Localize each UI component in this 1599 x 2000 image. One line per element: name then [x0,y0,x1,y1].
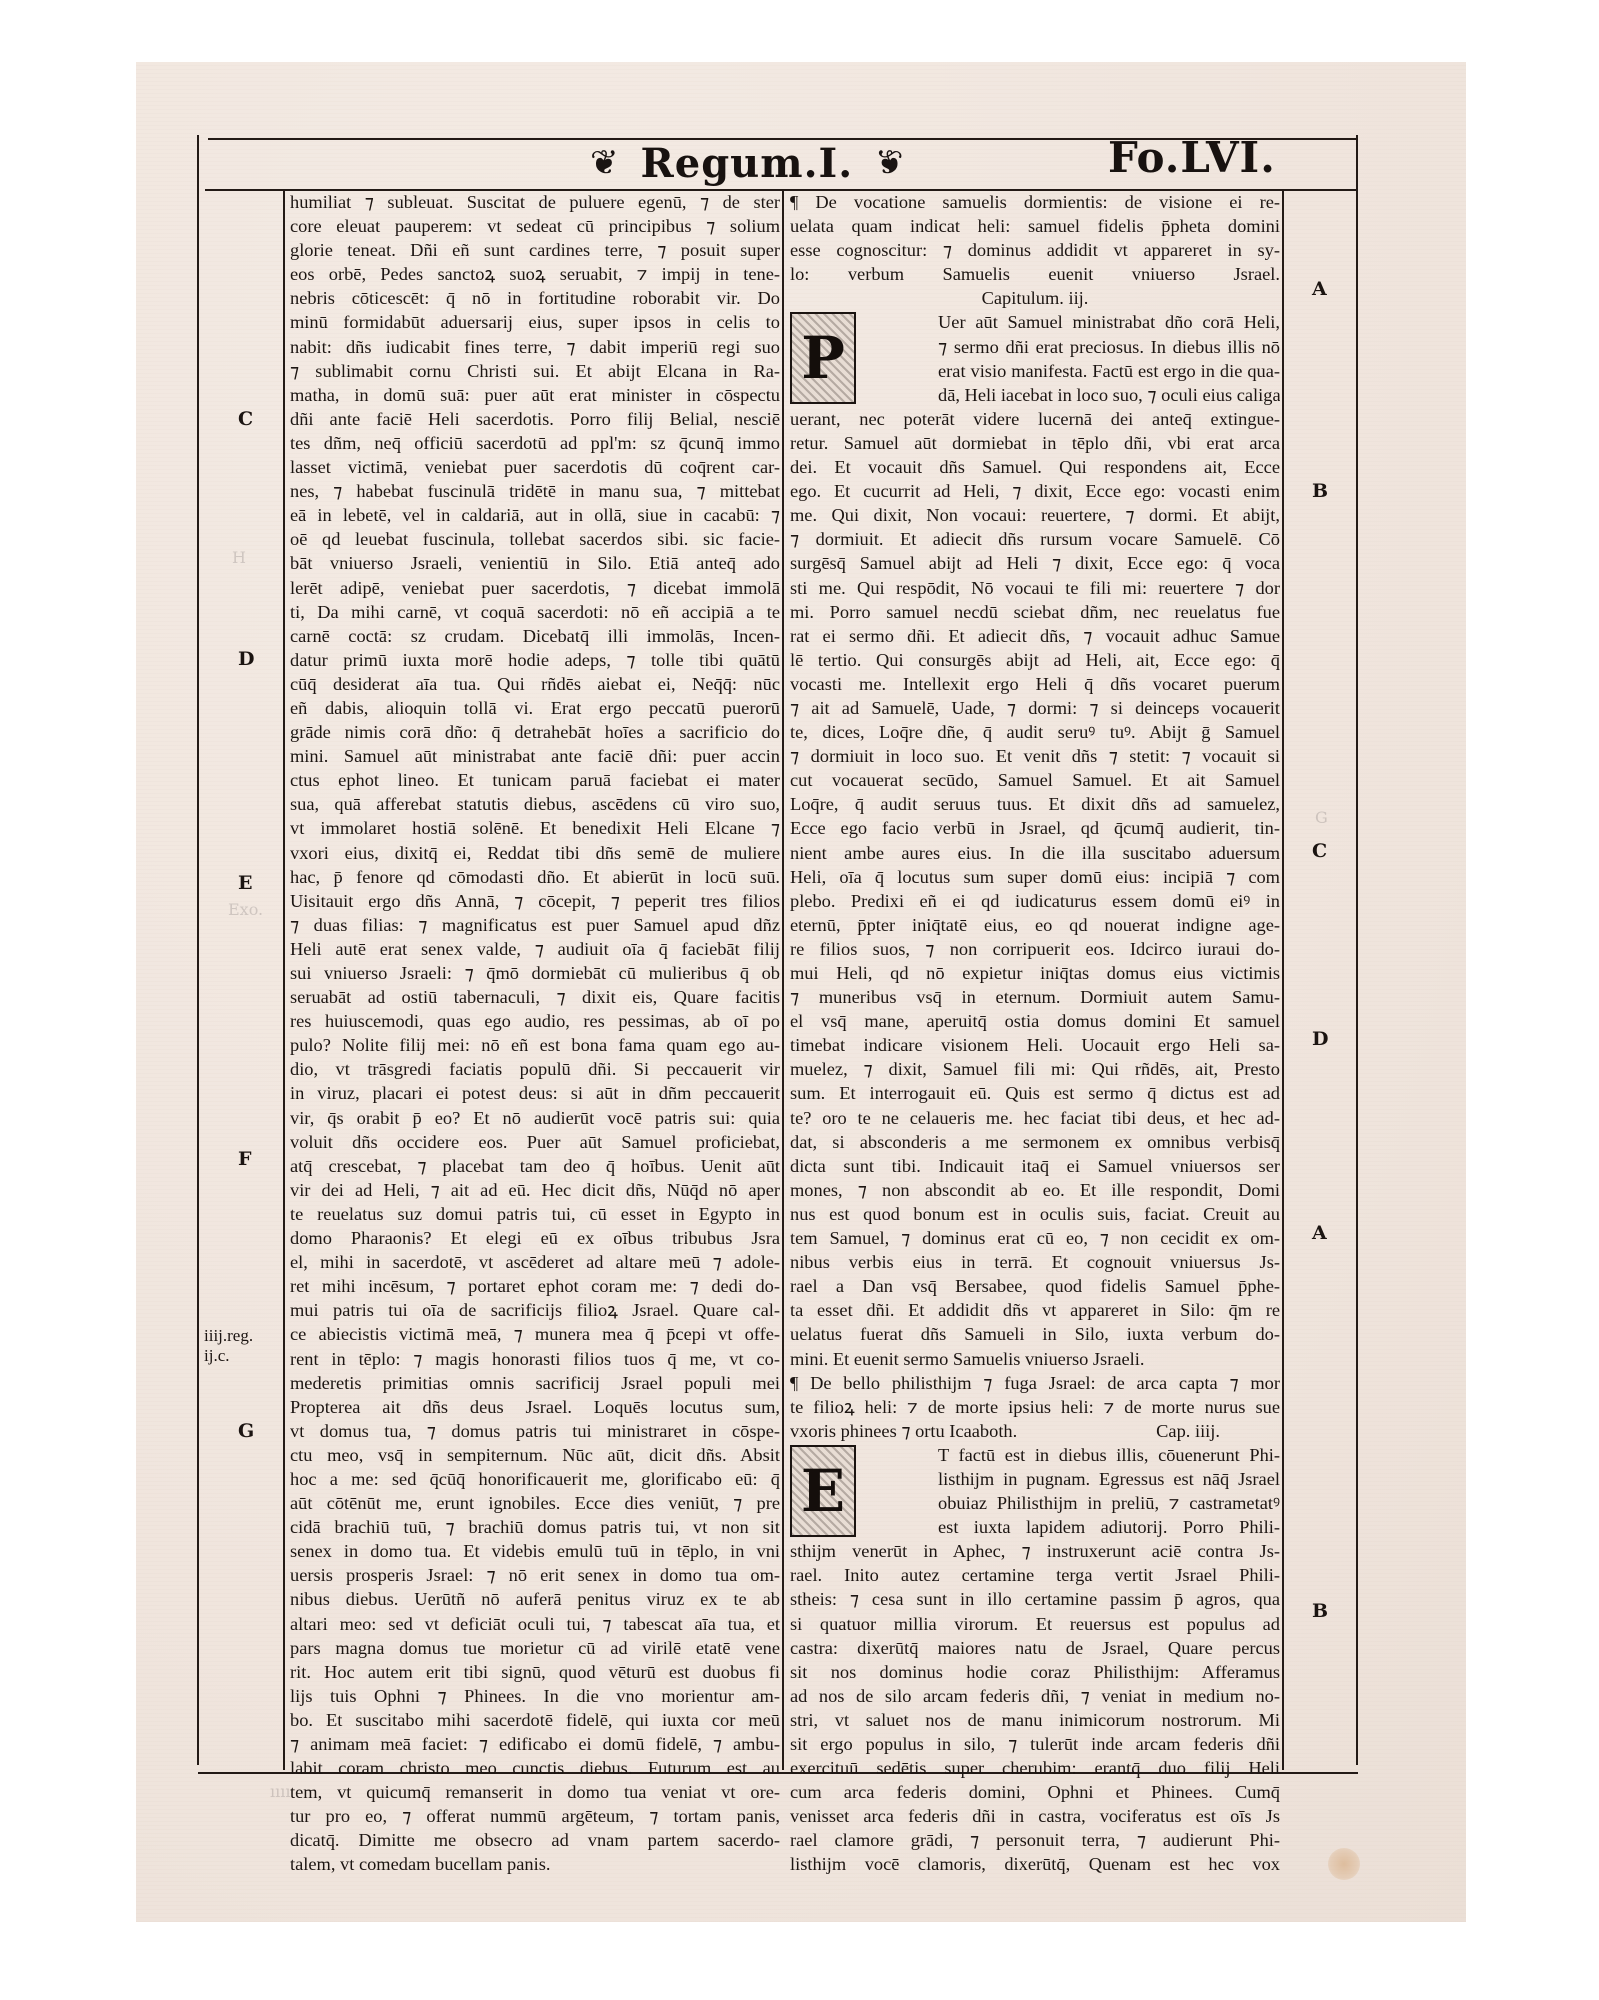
text-line: eos orbē, Pedes sanctoꝝ suoꝝ seruabit, ⁊… [290,262,780,286]
rubric-text: vxoris phinees ⁊ ortu Icaaboth. [790,1421,1017,1441]
margin-section-letter: F [238,1148,252,1170]
text-line: stri, vt saluet nos de manu inimicorum n… [790,1708,1280,1732]
text-line: sua, quā afferebat statutis diebus, ascē… [290,792,780,816]
text-line: humiliat ⁊ subleuat. Suscitat de puluere… [290,190,780,214]
text-line: el vsq̄ mane, aperuitq̄ ostia domus domi… [790,1009,1280,1033]
text-line: atq̄ crescebat, ⁊ placebat tam deo q̄ ho… [290,1154,780,1178]
text-line: venisset arca federis dñi in castra, voc… [790,1804,1280,1828]
text-line: muelez, ⁊ dixit, Samuel fili mi: Qui rñd… [790,1057,1280,1081]
text-line: rit. Hoc autem erit tibi signū, quod vēt… [290,1660,780,1684]
text-column-left: humiliat ⁊ subleuat. Suscitat de puluere… [290,190,780,1877]
text-line: Uisitauit ergo dñs Annā, ⁊ cōcepit, ⁊ pe… [290,889,780,913]
text-line: rael a Dan vsq̄ Bersabee, quod fidelis S… [790,1274,1280,1298]
column-rule-right [1282,190,1284,1770]
text-line: est iuxta lapidem adiutorij. Porro Phili… [864,1515,1280,1539]
frame-rule-left [197,135,199,1765]
text-line: ctus ephot lineo. Et tunicam paruā facie… [290,768,780,792]
margin-section-letter: D [1312,1028,1328,1050]
chapter-heading: Capitulum. iij. [790,286,1280,310]
text-line: labit coram christo meo cunctis diebus. … [290,1756,780,1780]
text-line: lo: verbum Samuelis euenit vniuerso Jsra… [790,262,1280,286]
text-line: sui vniuerso Jsraeli: ⁊ q̄mō dormiebāt c… [290,961,780,985]
text-line: core eleuat pauperem: vt sedeat cū princ… [290,214,780,238]
text-line: eternū, p̄pter iniq̄tatē eius, eo qd nou… [790,913,1280,937]
text-line: carnē coctā: sz crudam. Dicebatq̄ illi i… [290,624,780,648]
margin-section-letter: B [1312,480,1328,502]
text-line: re filios suos, ⁊ non corripuerit eos. I… [790,937,1280,961]
chapter-summary-rubric: ¶ De bello philisthijm ⁊ fuga Jsrael: de… [790,1371,1280,1443]
text-line: mones, ⁊ non abscondit ab eo. Et ille re… [790,1178,1280,1202]
text-column-right: ¶ De vocatione samuelis dormientis: de v… [790,190,1280,1877]
text-line: sit ergo populus in silo, ⁊ tulerūt inde… [790,1732,1280,1756]
chapter-body: sthijm venerūt in Aphec, ⁊ instruxerunt … [790,1539,1280,1876]
text-line: res huiuscemodi, quas ego audio, res pes… [290,1009,780,1033]
margin-section-letter: C [238,408,253,430]
text-line: dā, Heli iacebat in loco suo, ⁊ oculi ei… [864,383,1280,407]
text-line: sthijm venerūt in Aphec, ⁊ instruxerunt … [790,1539,1280,1563]
chapter-body: uerant, nec poterāt videre lucernā dei a… [790,407,1280,1371]
text-line: ¶ De vocatione samuelis dormientis: de v… [790,190,1280,214]
text-line: lasset victimā, veniebat puer sacerdotis… [290,455,780,479]
text-line: rent in tēplo: ⁊ magis honorasti filios … [290,1347,780,1371]
text-line: ti, Da mihi carnē, vt coquā sacerdoti: n… [290,600,780,624]
text-line: glorie teneat. Dñi eñ sunt cardines terr… [290,238,780,262]
margin-section-letter: A [1312,278,1327,300]
initial-paragraph: E T factū est in diebus illis, cōuenerun… [790,1443,1280,1539]
text-line: ⁊ ait ad Samuelē, Uade, ⁊ dormi: ⁊ si de… [790,696,1280,720]
text-line: nus est quod bonum est in oculis suis, f… [790,1202,1280,1226]
text-line: aūt cōtēnūt me, erunt ignobiles. Ecce di… [290,1491,780,1515]
text-line: vir, q̄s orabit p̄ eo? Et nō audierūt vo… [290,1106,780,1130]
text-line: vt domus tua, ⁊ domus patris tui ministr… [290,1419,780,1443]
text-line: ta esset dñi. Et addidit dñs vt apparere… [790,1298,1280,1322]
text-line: vocasti me. Intellexit ergo Heli q̄ dñs … [790,672,1280,696]
text-line: plebo. Predixi eñ ei qd iudicaturus esse… [790,889,1280,913]
text-line: minū formidabūt aduersarij eius, super i… [290,310,780,334]
text-line: grāde nimis corā dño: q̄ detrahebāt hoīe… [290,720,780,744]
margin-section-letter: C [1312,840,1327,862]
text-line: ce abiecistis victimā meā, ⁊ munera mea … [290,1322,780,1346]
text-line: rael. Inito autez certamine terga vertit… [790,1563,1280,1587]
chapter-summary-rubric: ¶ De vocatione samuelis dormientis: de v… [790,190,1280,286]
text-line: nebris cōticescēt: q̄ nō in fortitudine … [290,286,780,310]
text-line: ctu meo, vsq̄ in sempiternum. Nūc aūt, d… [290,1443,780,1467]
text-line: cut vocauerat secūdo, Samuel Samuel. Et … [790,768,1280,792]
text-line: tes dñm, neq̄ officiū sacerdotū ad ppl'm… [290,431,780,455]
folio-number: Fo.LVI. [1108,133,1276,182]
text-line: pulo? Nolite filij mei: nō eñ est bona f… [290,1033,780,1057]
text-line: vxoris phinees ⁊ ortu Icaaboth.Cap. iiij… [790,1419,1280,1443]
text-line: retur. Samuel aūt dormiebat in tēplo dñi… [790,431,1280,455]
running-head: ❦ Regum.I. ❦ [590,135,904,191]
text-line: ⁊ dormiuit in loco suo. Et venit dñs ⁊ s… [790,744,1280,768]
text-line: ⁊ sublimabit cornu Christi sui. Et abijt… [290,359,780,383]
text-line: dñi ante faciē Heli sacerdotis. Porro fi… [290,407,780,431]
text-line: dio, vt trāsgredi faciatis populū dñi. S… [290,1057,780,1081]
text-line: te reuelatus suz domui patris tui, cū es… [290,1202,780,1226]
text-line: domo Pharaonis? Et elegi eū ex oībus tri… [290,1226,780,1250]
text-line: vxori eius, dixitq̄ ei, Reddat tibi dñs … [290,841,780,865]
text-line: uersis prosperis Jsrael: ⁊ nō erit senex… [290,1563,780,1587]
text-line: Heli, oīa q̄ locutus sum super domū eius… [790,865,1280,889]
text-line: cūq̄ desiderat aīa tua. Qui rñdēs aiebat… [290,672,780,696]
fleuron-right-icon: ❦ [875,146,904,180]
text-line: nient ambe aures eius. In die illa susci… [790,841,1280,865]
woodcut-initial-icon: E [790,1445,856,1537]
text-line: ⁊ animam meā faciet: ⁊ edificabo ei domū… [290,1732,780,1756]
text-line: nes, ⁊ habebat fuscinulā tridētē in manu… [290,479,780,503]
text-line: surgēsq̄ Samuel abijt ad Heli ⁊ dixit, E… [790,551,1280,575]
margin-section-letter: E [238,872,252,894]
text-line: uelatus fuerat dñs Samueli in Silo, iuxt… [790,1322,1280,1346]
text-line: Propterea ait dñs deus Jsrael. Loquēs lo… [290,1395,780,1419]
text-line: ⁊ duas filias: ⁊ magnificatus est puer S… [290,913,780,937]
text-line: mederetis primitias omnis sacrificij Jsr… [290,1371,780,1395]
text-line: Uer aūt Samuel ministrabat dño corā Heli… [864,310,1280,334]
text-line: matha, in domū suā: puer aūt erat minist… [290,383,780,407]
show-through-mark: H [232,548,246,567]
text-line: sti me. Qui respōdit, Nō vocaui te fili … [790,576,1280,600]
text-line: listhijm in pugnam. Egressus est nāq̄ Js… [864,1467,1280,1491]
text-line: esse cognoscitur: ⁊ dominus addidit vt a… [790,238,1280,262]
column-rule-middle [782,190,784,1770]
text-line: mui patris tui oīa de sacrificijs filioꝝ… [290,1298,780,1322]
text-line: dat, si absconderis a me sermonem ex omn… [790,1130,1280,1154]
text-line: ad nos de silo arcam federis dñi, ⁊ veni… [790,1684,1280,1708]
frame-rule-right [1356,135,1358,1765]
text-line: te? oro te ne celaueris me. hec faciat t… [790,1106,1280,1130]
text-line: rat ei sermo dñi. Et adiecit dñs, ⁊ voca… [790,624,1280,648]
text-line: uelata quam indicat heli: samuel fidelis… [790,214,1280,238]
text-line: Heli autē erat senex valde, ⁊ audiuit oī… [290,937,780,961]
text-line: oē qd leuebat fuscinula, tollebat sacerd… [290,527,780,551]
text-line: castra: dixerūtq̄ maiores natu de Jsrael… [790,1636,1280,1660]
text-line: si quatuor millia virorum. Et reuersus e… [790,1612,1280,1636]
fleuron-left-icon: ❦ [590,146,619,180]
text-line: listhijm vocē clamoris, dixerūtq̄, Quena… [790,1852,1280,1876]
text-line: in viruz, placari ei potest deus: si aūt… [290,1081,780,1105]
text-line: mi. Porro samuel necdū sciebat dñm, nec … [790,600,1280,624]
text-line: bāt vniuerso Jsraeli, venientiū in Silo.… [290,551,780,575]
margin-note: iiij.reg. ij.c. [204,1326,253,1366]
text-line: datur primū iuxta morē hodie adeps, ⁊ to… [290,648,780,672]
text-line: dicta sunt tibi. Indicauit itaq̄ ei Samu… [790,1154,1280,1178]
woodcut-initial-icon: P [790,312,856,404]
margin-note-line: ij.c. [204,1346,253,1366]
text-line: eñ dabis, alioquin tollā vi. Erat ergo p… [290,696,780,720]
text-line: altari meo: sed vt deficiāt oculi tui, ⁊… [290,1612,780,1636]
text-line: T factū est in diebus illis, cōuenerunt … [864,1443,1280,1467]
margin-section-letter: G [238,1420,254,1442]
margin-section-letter: A [1312,1222,1327,1244]
text-line: exercituū sedētis super cherubim: erantq… [790,1756,1280,1780]
text-line: tur pro eo, ⁊ offerat nummū argēteum, ⁊ … [290,1804,780,1828]
text-line: tem Samuel, ⁊ dominus erat cū eo, ⁊ non … [790,1226,1280,1250]
text-line: uerant, nec poterāt videre lucernā dei a… [790,407,1280,431]
text-line: Loq̄re, q̄ audit seruus tuus. Et dixit d… [790,792,1280,816]
margin-section-letter: D [238,648,254,670]
text-line: ret mihi incēsum, ⁊ portaret ephot coram… [290,1274,780,1298]
text-line: obuiaz Philisthijm in preliū, ⁊ castrame… [864,1491,1280,1515]
text-line: mui Heli, qd nō expietur iniq̄tas domus … [790,961,1280,985]
foxing-stain [1328,1848,1360,1880]
text-line: senex in domo tua. Et videbis emulū tuū … [290,1539,780,1563]
text-line: timebat indicare visionem Heli. Uocauit … [790,1033,1280,1057]
text-line: erat visio manifesta. Factū est ergo in … [864,359,1280,383]
text-line: lerēt adipē, veniebat puer sacerdotis, ⁊… [290,576,780,600]
text-line: sit nos dominus hodie coraz Philisthijm:… [790,1660,1280,1684]
text-line: lē tertio. Qui consurgēs abijt ad Heli, … [790,648,1280,672]
margin-section-letter: B [1312,1600,1328,1622]
text-line: hoc a me: sed q̄cūq̄ honorificauerit me,… [290,1467,780,1491]
text-line: bo. Et suscitabo mihi sacerdotē fidelē, … [290,1708,780,1732]
text-line: cidā brachiū tuū, ⁊ brachiū domus patris… [290,1515,780,1539]
text-line: dei. Et vocauit dñs Samuel. Qui responde… [790,455,1280,479]
text-line: vt immolaret hostiā solēnē. Et benedixit… [290,816,780,840]
text-line: nibus diebus. Uerūtñ nō auferā penitus v… [290,1587,780,1611]
text-line: dicatq̄. Dimitte me obsecro ad vnam part… [290,1828,780,1852]
text-line: hac, p̄ fenore qd cōmodasti dño. Et abie… [290,865,780,889]
show-through-mark: G [1315,808,1328,827]
text-line: rael clamore grādi, ⁊ personuit terra, ⁊… [790,1828,1280,1852]
text-line: lijs tuis Ophni ⁊ Phinees. In die vno mo… [290,1684,780,1708]
text-line: ⁊ muneribus vsq̄ in eternum. Dormiuit au… [790,985,1280,1009]
text-line: mini. Et euenit sermo Samuelis vniuerso … [790,1347,1280,1371]
text-line: ⁊ sermo dñi erat preciosus. In diebus il… [864,335,1280,359]
text-line: mini. Samuel aūt ministrabat ante faciē … [290,744,780,768]
text-line: stheis: ⁊ cesa sunt in illo certamine pa… [790,1587,1280,1611]
text-line: nibus verbis eius in terrā. Et cognouit … [790,1250,1280,1274]
text-line: talem, vt comedam bucellam panis. [290,1852,780,1876]
running-head-title: Regum.I. [641,140,854,187]
text-line: voluit dñs occidere eos. Puer aūt Samuel… [290,1130,780,1154]
text-line: cum arca federis domini, Ophni et Phinee… [790,1780,1280,1804]
margin-note-line: iiij.reg. [204,1326,253,1346]
text-line: te, dices, Loq̄re dñe, q̄ audit seruꝰ tu… [790,720,1280,744]
text-line: me. Qui dixit, Non vocaui: reuertere, ⁊ … [790,503,1280,527]
text-line: eā in lebetē, vel in caldariā, aut in ol… [290,503,780,527]
chapter-heading: Cap. iiij. [1156,1419,1280,1443]
text-line: tem, vt quicumq̄ remanserit in domo tua … [290,1780,780,1804]
text-line: seruabāt ad ostiū tabernaculi, ⁊ dixit e… [290,985,780,1009]
text-line: nabit: dñs iudicabit fines terre, ⁊ dabi… [290,335,780,359]
show-through-mark: ıııı [270,1782,290,1801]
text-line: ego. Et cucurrit ad Heli, ⁊ dixit, Ecce … [790,479,1280,503]
initial-paragraph: P Uer aūt Samuel ministrabat dño corā He… [790,310,1280,406]
text-line: ¶ De bello philisthijm ⁊ fuga Jsrael: de… [790,1371,1280,1395]
text-line: sum. Et interrogauit eū. Quis est sermo … [790,1081,1280,1105]
text-line: vir dei ad Heli, ⁊ ait ad eū. Hec dicit … [290,1178,780,1202]
column-rule-left [283,190,285,1770]
text-line: Ecce ego facio verbū in Jsrael, qd q̄cum… [790,816,1280,840]
text-line: te filioꝝ heli: ⁊ de morte ipsius heli: … [790,1395,1280,1419]
show-through-mark: Exo. [228,900,263,919]
text-line: ⁊ dormiuit. Et adiecit dñs rursum vocare… [790,527,1280,551]
text-line: pars magna domus tue morietur cū ad viri… [290,1636,780,1660]
text-line: el, mihi in sacerdotē, vt ascēderet ad a… [290,1250,780,1274]
